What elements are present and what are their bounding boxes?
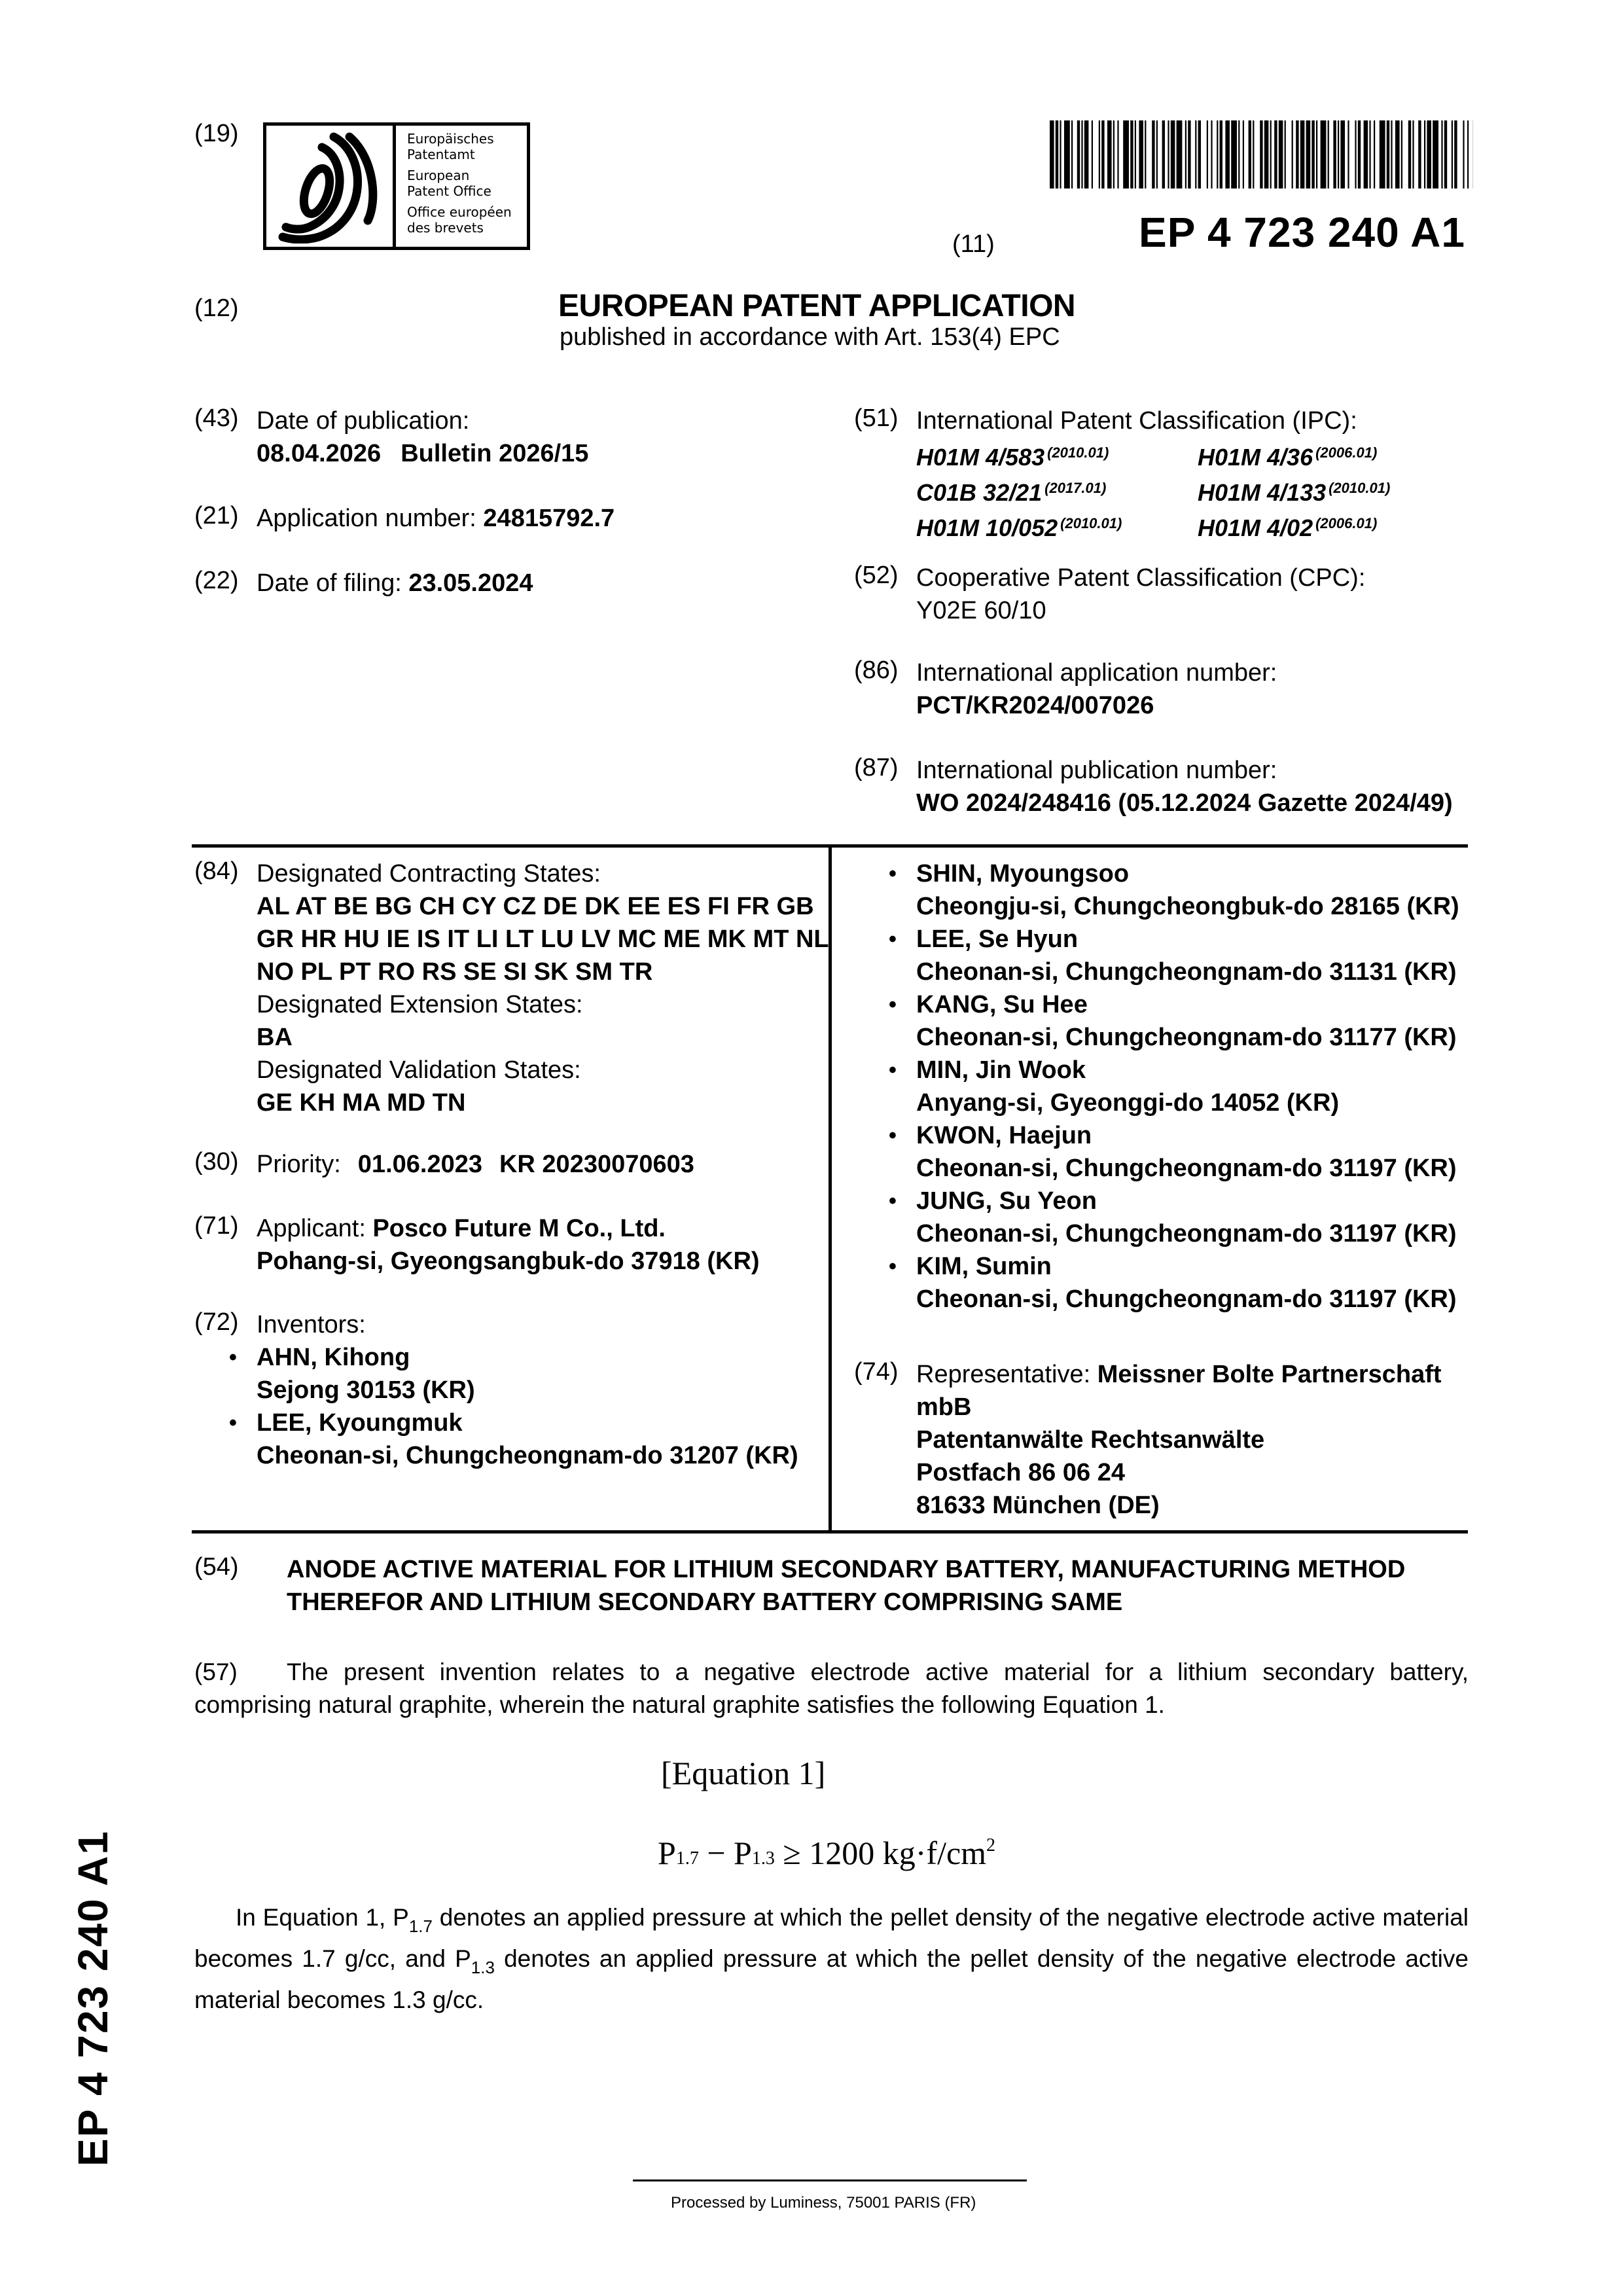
inid-code-57: (57) (194, 1656, 287, 1689)
document-kind: EUROPEAN PATENT APPLICATION (558, 288, 1075, 324)
field-label: Applicant: (257, 1215, 372, 1242)
inid-code: (86) (854, 656, 899, 685)
invention-title: ANODE ACTIVE MATERIAL FOR LITHIUM SECOND… (287, 1553, 1465, 1619)
inid-code: (87) (854, 754, 899, 782)
bullet-icon: • (889, 857, 897, 890)
inid-code-19: (19) (194, 120, 239, 148)
contracting-states: NO PL PT RO RS SE SI SK SM TR (257, 956, 829, 988)
inid-code: (43) (194, 404, 239, 433)
bullet-icon: • (889, 923, 897, 956)
inid-code-54: (54) (194, 1553, 239, 1581)
inventor-list: •SHIN, MyoungsooCheongju-si, Chungcheong… (916, 857, 1459, 1316)
document-subtitle: published in accordance with Art. 153(4)… (560, 323, 1060, 351)
inventor-list: •AHN, KihongSejong 30153 (KR) •LEE, Kyou… (257, 1341, 798, 1472)
bullet-icon: • (229, 1341, 237, 1374)
field-label: Date of publication: (257, 404, 588, 437)
field-label: Designated Contracting States: (257, 857, 829, 890)
inventor-address: Cheonan-si, Chungcheongnam-do 31197 (KR) (916, 1283, 1459, 1316)
inventor-address: Sejong 30153 (KR) (257, 1374, 798, 1407)
inventor-name: KANG, Su Hee (916, 988, 1459, 1021)
applicant-name: Posco Future M Co., Ltd. (372, 1215, 666, 1242)
inid-code-12: (12) (194, 295, 239, 323)
inventor-item: •LEE, KyoungmukCheonan-si, Chungcheongna… (257, 1407, 798, 1472)
inventor-address: Cheonan-si, Chungcheongnam-do 31131 (KR) (916, 956, 1459, 988)
inid-code: (22) (194, 567, 239, 595)
field-label: Application number: (257, 505, 483, 532)
bullet-icon: • (889, 988, 897, 1021)
field-label: International Patent Classification (IPC… (916, 404, 1414, 437)
inventor-item: •JUNG, Su YeonCheonan-si, Chungcheongnam… (916, 1185, 1459, 1250)
inid-code: (30) (194, 1148, 239, 1176)
field-label: Cooperative Patent Classification (CPC): (916, 562, 1365, 594)
applicant-address: Pohang-si, Gyeongsangbuk-do 37918 (KR) (257, 1245, 760, 1278)
inventor-item: •KIM, SuminCheonan-si, Chungcheongnam-do… (916, 1250, 1459, 1316)
priority-number: KR 20230070603 (499, 1151, 694, 1178)
field-label: International application number: (916, 656, 1277, 689)
representative-line: Postfach 86 06 24 (916, 1456, 1442, 1489)
bullet-icon: • (889, 1054, 897, 1086)
wo-number: WO 2024/248416 (05.12.2024 Gazette 2024/… (916, 787, 1453, 819)
extension-states: BA (257, 1021, 829, 1054)
pct-number: PCT/KR2024/007026 (916, 689, 1277, 722)
field-label: Date of filing: (257, 569, 408, 597)
inventor-name: LEE, Kyoungmuk (257, 1407, 798, 1439)
application-number: 24815792.7 (483, 505, 615, 532)
publication-date: 08.04.2026 (257, 440, 381, 467)
field-label: Designated Extension States: (257, 988, 829, 1021)
ipc-code: C01B 32/21(2017.01) (916, 473, 1198, 508)
representative-line: 81633 München (DE) (916, 1489, 1442, 1522)
inid-code: (21) (194, 502, 239, 530)
inid-code: (72) (194, 1308, 239, 1336)
abstract-text: The present invention relates to a negat… (194, 1659, 1469, 1718)
equation-label: [Equation 1] (661, 1754, 825, 1792)
equation: P1.7 − P1.3 ≥ 1200 kg·f/cm2 (658, 1834, 995, 1872)
inventor-item: •AHN, KihongSejong 30153 (KR) (257, 1341, 798, 1407)
inid-code: (84) (194, 857, 239, 886)
contracting-states: AL AT BE BG CH CY CZ DE DK EE ES FI FR G… (257, 890, 829, 923)
inventor-name: KIM, Sumin (916, 1250, 1459, 1283)
barcode (1050, 120, 1473, 188)
bullet-icon: • (889, 1185, 897, 1217)
office-name: Europäisches Patentamt European Patent O… (407, 131, 512, 236)
inventor-address: Anyang-si, Gyeonggi-do 14052 (KR) (916, 1086, 1459, 1119)
inid-code-11: (11) (952, 230, 995, 259)
epo-emblem-icon (270, 129, 391, 243)
footer-processed-by: Processed by Luminess, 75001 PARIS (FR) (671, 2194, 976, 2212)
section-divider-bottom (192, 1530, 1468, 1534)
logo-divider (393, 122, 396, 250)
contracting-states: GR HR HU IE IS IT LI LT LU LV MC ME MK M… (257, 923, 829, 956)
inventor-address: Cheonan-si, Chungcheongnam-do 31197 (KR) (916, 1217, 1459, 1250)
ipc-code: H01M 4/02(2006.01) (1198, 508, 1414, 543)
bullet-icon: • (889, 1250, 897, 1283)
inid-code: (74) (854, 1358, 899, 1386)
validation-states: GE KH MA MD TN (257, 1086, 829, 1119)
inid-code: (51) (854, 404, 899, 433)
filing-date: 23.05.2024 (408, 569, 533, 597)
inventor-address: Cheonan-si, Chungcheongnam-do 31197 (KR) (916, 1152, 1459, 1185)
field-label: Inventors: (257, 1308, 798, 1341)
inventor-name: LEE, Se Hyun (916, 923, 1459, 956)
inventor-name: MIN, Jin Wook (916, 1054, 1459, 1086)
inventor-item: •MIN, Jin WookAnyang-si, Gyeonggi-do 140… (916, 1054, 1459, 1119)
inventor-item: •KANG, Su HeeCheonan-si, Chungcheongnam-… (916, 988, 1459, 1054)
representative-line: Patentanwälte Rechtsanwälte (916, 1424, 1442, 1456)
field-label: Priority: (257, 1151, 341, 1178)
inid-code: (52) (854, 562, 899, 590)
bulletin: Bulletin 2026/15 (401, 440, 588, 467)
footer-rule (633, 2179, 1027, 2181)
ipc-code: H01M 10/052(2010.01) (916, 508, 1198, 543)
representative-name: Meissner Bolte Partnerschaft (1097, 1361, 1442, 1388)
representative-line: mbB (916, 1391, 1442, 1424)
bullet-icon: • (229, 1407, 237, 1439)
ipc-code: H01M 4/583(2010.01) (916, 437, 1198, 473)
inventor-name: AHN, Kihong (257, 1341, 798, 1374)
inventor-address: Cheongju-si, Chungcheongbuk-do 28165 (KR… (916, 890, 1459, 923)
column-divider (829, 844, 832, 1533)
inventor-name: KWON, Haejun (916, 1119, 1459, 1152)
bullet-icon: • (889, 1119, 897, 1152)
inventor-item: •KWON, HaejunCheonan-si, Chungcheongnam-… (916, 1119, 1459, 1185)
field-label: Designated Validation States: (257, 1054, 829, 1086)
equation-description: In Equation 1, P1.7 denotes an applied p… (194, 1901, 1469, 2017)
cpc-code: Y02E 60/10 (916, 594, 1365, 627)
ipc-codes: H01M 4/583(2010.01)H01M 4/36(2006.01)C01… (916, 437, 1414, 543)
inid-code: (71) (194, 1212, 239, 1240)
ipc-code: H01M 4/133(2010.01) (1198, 473, 1414, 508)
inventor-name: JUNG, Su Yeon (916, 1185, 1459, 1217)
inventor-address: Cheonan-si, Chungcheongnam-do 31207 (KR) (257, 1439, 798, 1472)
field-label: International publication number: (916, 754, 1453, 787)
inventor-item: •SHIN, MyoungsooCheongju-si, Chungcheong… (916, 857, 1459, 923)
priority-date: 01.06.2023 (358, 1151, 482, 1178)
inventor-name: SHIN, Myoungsoo (916, 857, 1459, 890)
side-publication-number: EP 4 723 240 A1 (69, 1830, 117, 2166)
inventor-address: Cheonan-si, Chungcheongnam-do 31177 (KR) (916, 1021, 1459, 1054)
publication-number: EP 4 723 240 A1 (1139, 208, 1465, 257)
inventor-item: •LEE, Se HyunCheonan-si, Chungcheongnam-… (916, 923, 1459, 988)
field-label: Representative: (916, 1361, 1097, 1388)
ipc-code: H01M 4/36(2006.01) (1198, 437, 1414, 473)
abstract: (57)The present invention relates to a n… (194, 1656, 1469, 1721)
